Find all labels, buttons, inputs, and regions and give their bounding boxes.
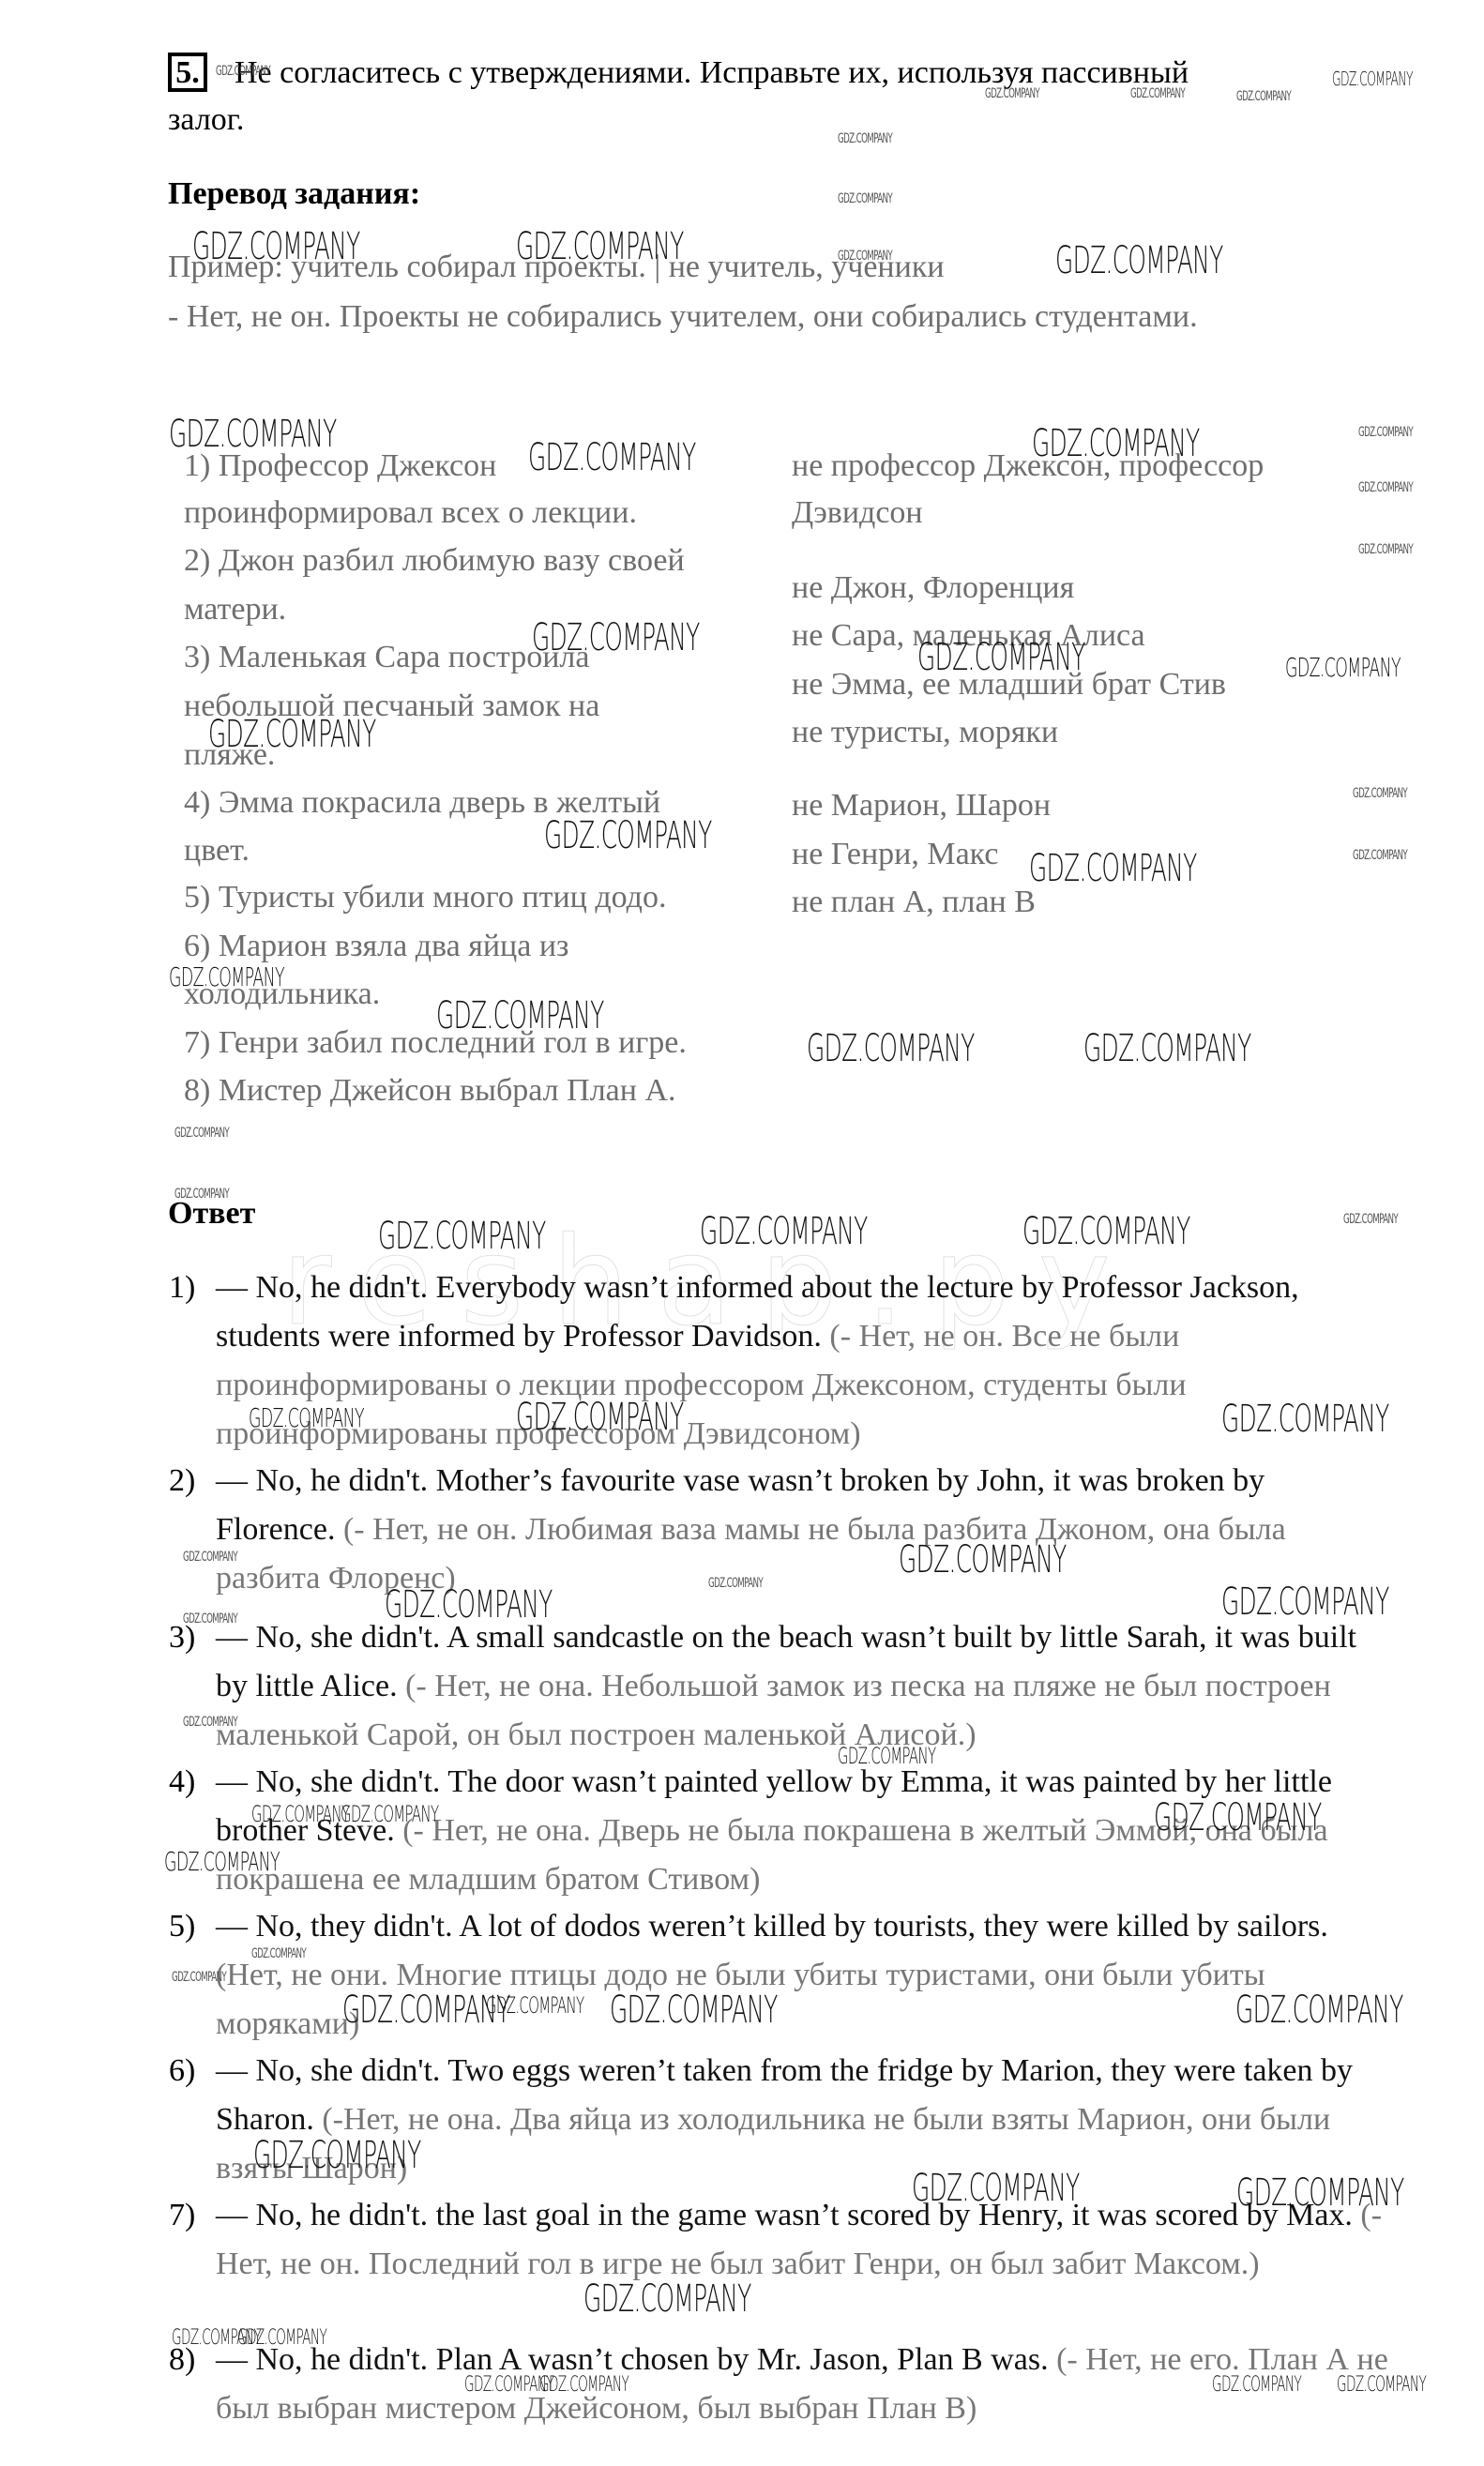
correction-line: Дэвидсон (792, 494, 923, 532)
statement-line: проинформировал всех о лекции. (184, 494, 637, 532)
statement-line: матери. (184, 591, 286, 628)
answer-number: 1) (169, 1263, 195, 1312)
answer-russian: (-Нет, не она. Два яйца из холодильника … (216, 2102, 1330, 2186)
watermark: GDZ.COMPANY (1343, 1212, 1398, 1227)
task-instruction-line2: залог. (168, 101, 244, 139)
watermark: GDZ.COMPANY (174, 1126, 229, 1141)
answer-number: 6) (169, 2047, 195, 2095)
statement-line: 1) Профессор Джексон (184, 447, 496, 485)
watermark: GDZ.COMPANY (1353, 848, 1407, 863)
correction-line: не Джон, Флоренция (792, 569, 1074, 607)
answer-item: 5) — No, they didn't. A lot of dodos wer… (169, 1902, 1388, 2049)
answer-item: 3) — No, she didn't. A small sandcastle … (169, 1613, 1388, 1760)
answer-english: — No, they didn't. A lot of dodos weren’… (216, 1909, 1328, 1944)
answer-number: 4) (169, 1758, 195, 1807)
watermark: GDZ.COMPANY (838, 131, 892, 146)
answer-heading: Ответ (168, 1196, 255, 1232)
watermark: GDZ.COMPANY (528, 436, 696, 479)
correction-line: не Сара, маленькая Алиса (792, 617, 1145, 655)
statement-line: пляже. (184, 736, 275, 774)
statement-line: 7) Генри забил последний гол в игре. (184, 1024, 687, 1062)
statement-line: 6) Марион взяла два яйца из (184, 928, 568, 965)
task-number-box: 5. (168, 53, 207, 92)
statement-line: 4) Эмма покрасила дверь в желтый (184, 784, 660, 822)
correction-line: не Генри, Макс (792, 836, 998, 873)
answer-item: 7) — No, he didn't. the last goal in the… (169, 2191, 1388, 2289)
translation-heading: Перевод задания: (168, 176, 420, 212)
watermark: GDZ.COMPANY (1055, 239, 1223, 282)
answer-russian: (- Нет, не он. Любимая ваза мамы не была… (216, 1512, 1286, 1596)
statement-line: 5) Туристы убили много птиц додо. (184, 879, 666, 916)
answer-item: 2) — No, he didn't. Mother’s favourite v… (169, 1457, 1388, 1603)
correction-line: не профессор Джексон, профессор (792, 447, 1264, 485)
watermark: GDZ.COMPANY (1236, 89, 1291, 104)
correction-line: не план А, план В (792, 884, 1036, 921)
correction-line: не Эмма, ее младший брат Стив (792, 666, 1226, 703)
task-instruction-line1: Не согласитесь с утверждениями. Исправьт… (235, 54, 1189, 92)
answer-item: 8) — No, he didn't. Plan A wasn’t chosen… (169, 2336, 1388, 2433)
correction-line: не туристы, моряки (792, 714, 1058, 751)
answer-russian: (Нет, не они. Многие птицы додо не были … (216, 1958, 1265, 2041)
answer-item: 4) — No, she didn't. The door wasn’t pai… (169, 1758, 1388, 1904)
statement-line: небольшой песчаный замок на (184, 688, 599, 725)
example-line2: - Нет, не он. Проекты не собирались учит… (168, 298, 1198, 336)
answer-number: 5) (169, 1902, 195, 1951)
answer-english: — No, he didn't. the last goal in the ga… (216, 2198, 1353, 2232)
watermark: GDZ.COMPANY (807, 1027, 975, 1070)
answer-english: — No, he didn't. Plan A wasn’t chosen by… (216, 2342, 1049, 2377)
answer-number: 2) (169, 1457, 195, 1505)
watermark: GDZ.COMPANY (1358, 542, 1413, 557)
watermark: GDZ.COMPANY (1358, 480, 1413, 495)
example-line1: Пример: учитель собирал проекты. | не уч… (168, 249, 945, 286)
watermark: GDZ.COMPANY (1285, 652, 1401, 683)
answer-number: 3) (169, 1613, 195, 1662)
answer-number: 8) (169, 2336, 195, 2384)
statement-line: 8) Мистер Джейсон выбрал План А. (184, 1072, 676, 1110)
watermark: GDZ.COMPANY (1332, 68, 1413, 90)
watermark: GDZ.COMPANY (1029, 847, 1197, 890)
answer-item: 6) — No, she didn't. Two eggs weren’t ta… (169, 2047, 1388, 2193)
watermark: GDZ.COMPANY (838, 191, 892, 206)
statement-line: холодильника. (184, 976, 380, 1013)
statement-line: 3) Маленькая Сара построила (184, 639, 589, 676)
statement-line: 2) Джон разбил любимую вазу своей (184, 542, 685, 580)
answer-item: 1) — No, he didn't. Everybody wasn’t inf… (169, 1263, 1388, 1459)
answer-number: 7) (169, 2191, 195, 2240)
watermark: GDZ.COMPANY (1353, 786, 1407, 801)
correction-line: не Марион, Шарон (792, 787, 1051, 825)
statement-line: цвет. (184, 832, 250, 870)
watermark: GDZ.COMPANY (1083, 1027, 1251, 1070)
watermark: GDZ.COMPANY (1358, 425, 1413, 440)
